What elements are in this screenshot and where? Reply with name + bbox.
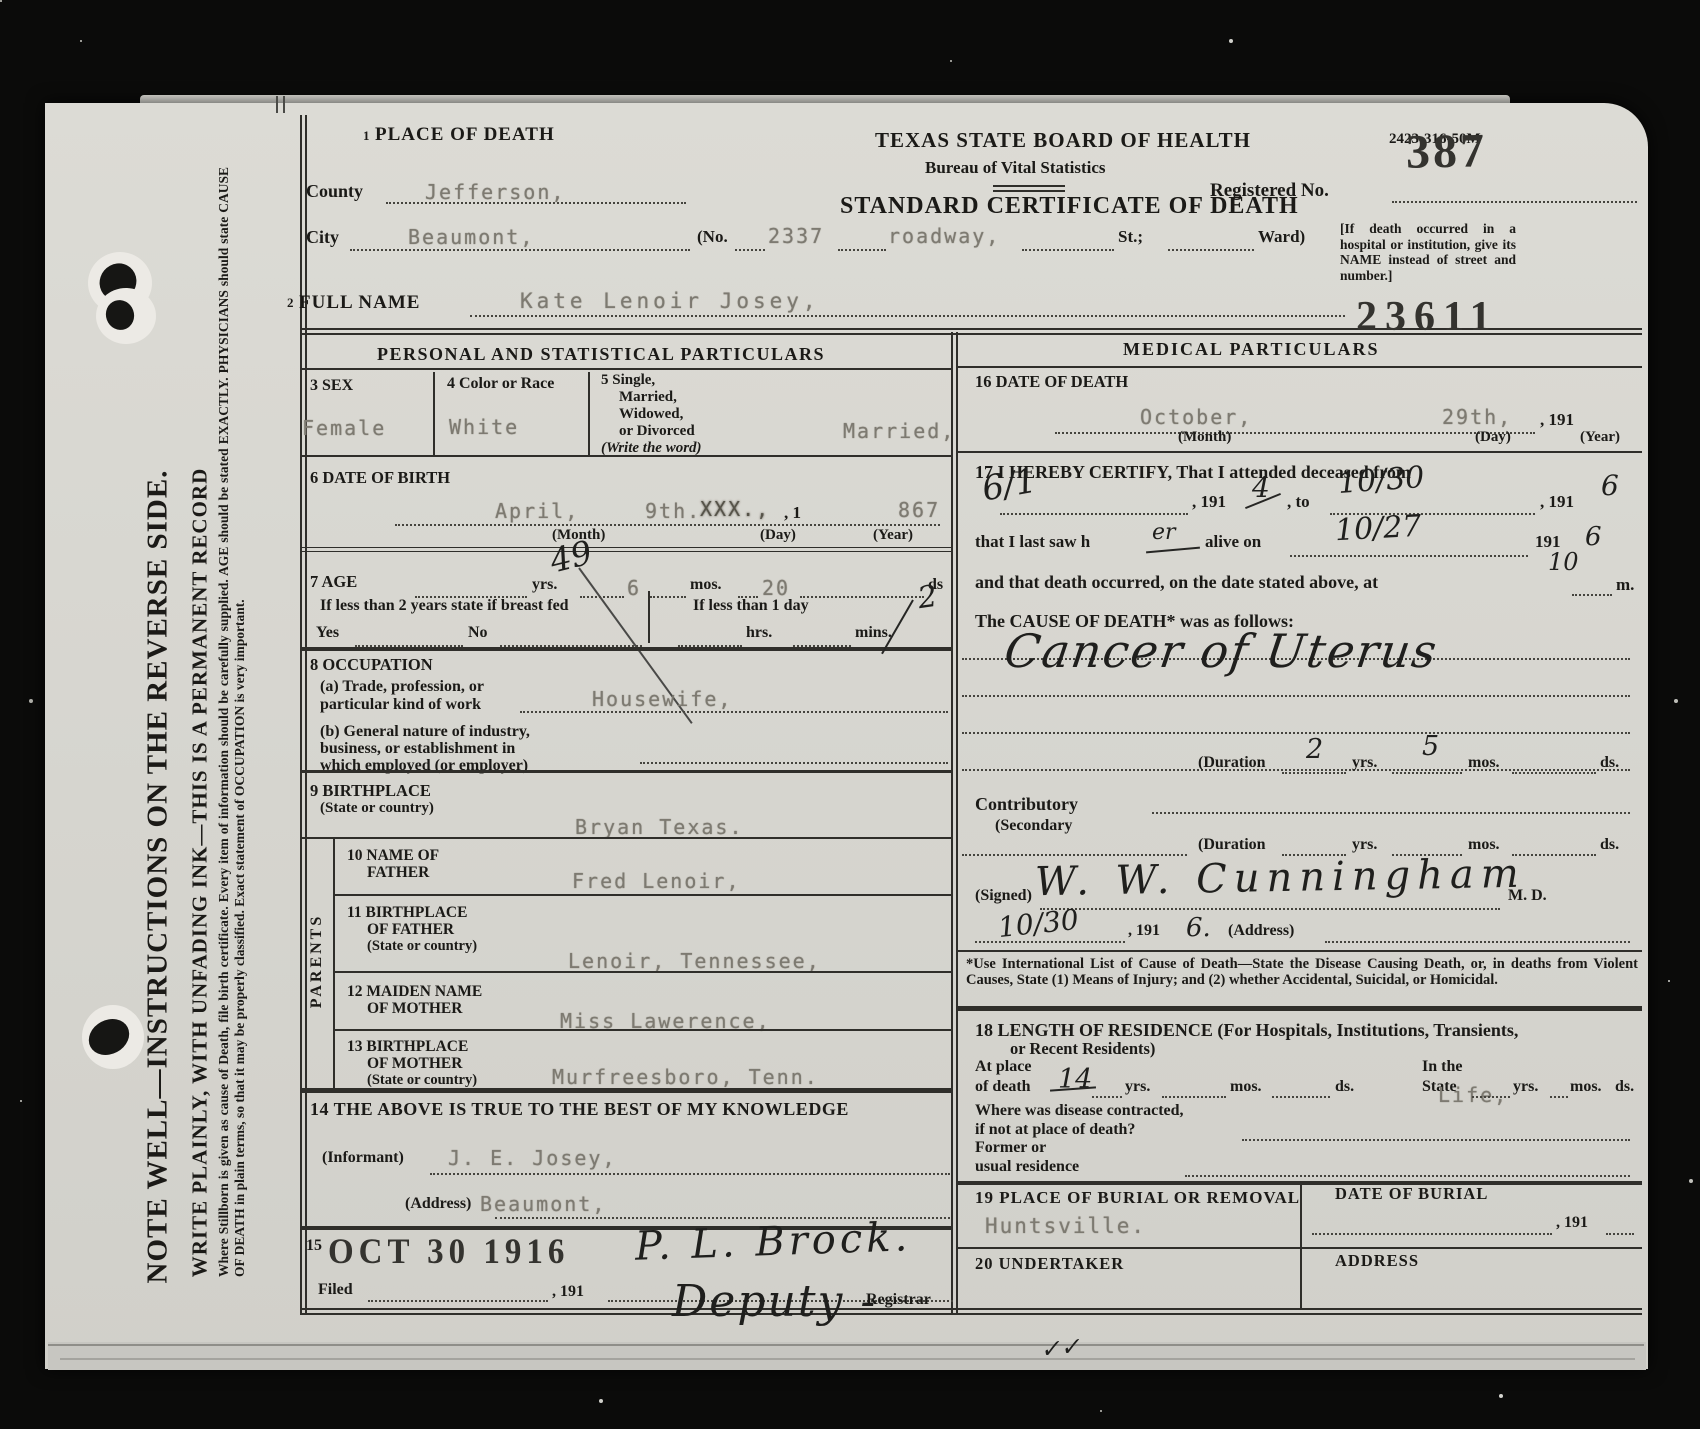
rule: [48, 1344, 1644, 1346]
father-name-label-2: FATHER: [367, 865, 429, 881]
rule: [300, 1088, 953, 1093]
dotted-line: [1325, 941, 1630, 943]
month-sublabel: (Month): [1178, 430, 1231, 445]
age-label: 7 AGE: [310, 574, 357, 591]
yes-label: Yes: [316, 625, 339, 641]
margin-fine-print: Where Stillborn is given as cause of Dea…: [216, 167, 268, 1277]
dotted-line: [1550, 1096, 1568, 1098]
county-value: Jefferson,: [425, 182, 565, 202]
parents-vertical-label: PARENTS: [309, 891, 325, 1031]
birth-year-value: 867: [898, 500, 940, 520]
date-of-birth-label: 6 DATE OF BIRTH: [310, 470, 450, 487]
dotted-line: [1055, 432, 1535, 434]
age-days-value: 20: [762, 578, 790, 598]
mother-maiden-label-2: OF MOTHER: [367, 1001, 462, 1017]
margin-write-plainly: WRITE PLAINLY, WITH UNFADING INK—THIS IS…: [190, 433, 211, 1313]
signed-label: (Signed): [975, 888, 1032, 904]
occupation-b-line2: business, or establishment in: [320, 741, 515, 757]
to-label: , to: [1287, 493, 1310, 510]
her-handwritten: er: [1152, 522, 1176, 544]
sex-label: 3 SEX: [310, 378, 353, 394]
dotted-line: [1392, 201, 1637, 203]
ds-label: ds.: [1600, 755, 1619, 771]
occupation-a-line1: (a) Trade, profession, or: [320, 679, 484, 695]
marital-label-1: 5 Single,: [601, 373, 655, 388]
rule: [335, 894, 953, 896]
cell-divider: [588, 372, 590, 455]
last-saw-label-1: that I last saw h: [975, 533, 1090, 550]
age-months-value: 6: [627, 578, 641, 598]
undertaker-label: 20 UNDERTAKER: [975, 1256, 1124, 1273]
dotted-line: [580, 596, 624, 598]
hrs-label: hrs.: [746, 625, 772, 641]
occupation-b-line1: (b) General nature of industry,: [320, 724, 530, 740]
city-label: City: [306, 228, 339, 246]
place-of-burial-label: 19 PLACE OF BURIAL OR REMOVAL: [975, 1189, 1300, 1206]
date-of-burial-label: DATE OF BURIAL: [1335, 1186, 1488, 1203]
signed-date-handwritten: 10/30: [997, 906, 1080, 942]
dotted-line: [1152, 812, 1630, 814]
rule: [300, 1308, 1642, 1315]
mother-birthplace-label-1: 13 BIRTHPLACE: [347, 1039, 468, 1055]
signed-year-prefix: , 191: [1128, 923, 1160, 939]
duration-years-handwritten: 2: [1306, 736, 1323, 763]
full-name-label: FULL NAME: [299, 293, 420, 312]
occupation-value: Housewife,: [592, 689, 732, 709]
personal-particulars-heading: PERSONAL AND STATISTICAL PARTICULARS: [377, 345, 825, 363]
death-time-handwritten: 10: [1548, 550, 1579, 574]
duration-label: (Duration: [1198, 837, 1266, 853]
last-saw-year-handwritten: 6: [1585, 524, 1602, 550]
rule: [300, 368, 953, 370]
cell-divider: [648, 591, 650, 643]
signed-address-label: (Address): [1228, 923, 1294, 939]
dotted-line: [1392, 772, 1462, 774]
mother-birthplace-value: Murfreesboro, Tenn.: [552, 1067, 819, 1087]
signed-year-handwritten: 6.: [1186, 915, 1211, 941]
cause-of-death-handwritten: Cancer of Uterus: [1002, 628, 1441, 674]
dotted-line: [1512, 772, 1596, 774]
less-than-day-label: If less than 1 day: [693, 598, 809, 614]
yrs-label: yrs.: [1125, 1079, 1150, 1095]
at-place-label-2: of death: [975, 1079, 1031, 1095]
dotted-line: [1290, 555, 1528, 557]
dotted-line: [1472, 1096, 1510, 1098]
file-number-stamp: 23611: [1356, 296, 1499, 338]
marital-label-3: Widowed,: [619, 407, 683, 422]
rule: [335, 971, 953, 973]
dotted-line: [395, 524, 940, 526]
in-the-label: In the: [1422, 1059, 1462, 1075]
city-value: Beaumont,: [408, 227, 534, 247]
ward-label: Ward): [1258, 228, 1305, 245]
occupation-label: 8 OCCUPATION: [310, 657, 433, 674]
rule: [60, 1358, 1635, 1360]
burial-year-prefix: , 191: [1556, 1215, 1588, 1231]
father-name-label-1: 10 NAME OF: [347, 848, 439, 864]
informant-label: (Informant): [322, 1150, 404, 1166]
dotted-line: [1092, 1096, 1122, 1098]
attestation-label: 14 THE ABOVE IS TRUE TO THE BEST OF MY K…: [310, 1100, 849, 1118]
ds-label: ds.: [1600, 837, 1619, 853]
margin-note-well: NOTE WELL—INSTRUCTIONS ON THE REVERSE SI…: [144, 447, 173, 1307]
place-of-burial-value: Huntsville.: [985, 1216, 1146, 1237]
mother-maiden-value: Miss Lawerence,: [560, 1011, 771, 1031]
dotted-line: [962, 732, 1630, 734]
contributory-label: Contributory: [975, 795, 1078, 813]
dotted-line: [368, 1300, 548, 1302]
medical-particulars-heading: MEDICAL PARTICULARS: [1123, 340, 1380, 358]
marital-write-note: (Write the word): [601, 441, 702, 456]
board-title: TEXAS STATE BOARD OF HEALTH: [875, 130, 1251, 151]
registration-tick: [276, 96, 278, 113]
state-residence-value: Life,: [1438, 1085, 1508, 1105]
street-no-value: 2337: [768, 226, 824, 246]
death-year-prefix: , 191: [1540, 411, 1574, 428]
race-value: White: [449, 417, 519, 437]
registrar-signature: P. L. Brock.: [634, 1217, 911, 1267]
item-number-15: 15: [306, 1238, 322, 1254]
mother-birthplace-label-2: OF MOTHER: [367, 1056, 462, 1072]
state-or-country-sublabel: (State or country): [367, 1073, 477, 1088]
dotted-line: [1272, 1096, 1330, 1098]
year-sublabel: (Year): [1580, 430, 1620, 445]
occupation-a-line2: particular kind of work: [320, 697, 481, 713]
dotted-line: [430, 1173, 950, 1175]
paper-bottom-edge: [48, 1342, 1646, 1370]
sex-value: Female: [302, 418, 386, 438]
cell-divider: [1300, 1183, 1302, 1247]
dotted-line: [975, 941, 1125, 943]
birth-day-value: 9th.: [645, 501, 701, 521]
deputy-handwritten: Deputy -: [672, 1280, 877, 1324]
former-residence-label-1: Former or: [975, 1140, 1046, 1156]
father-birthplace-label-2: OF FATHER: [367, 922, 454, 938]
dotted-line: [1606, 1233, 1634, 1235]
attended-to-handwritten: 10/30: [1337, 463, 1425, 499]
column-divider: [951, 332, 958, 1315]
mother-maiden-label-1: 12 MAIDEN NAME: [347, 984, 482, 1000]
disease-contracted-label-2: if not at place of death?: [975, 1122, 1135, 1138]
residence-label-2: or Recent Residents): [1010, 1041, 1155, 1058]
dotted-line: [1242, 1139, 1630, 1141]
marital-label-4: or Divorced: [619, 424, 695, 439]
at-place-label-1: At place: [975, 1059, 1031, 1075]
pen-check-marks: ✓✓: [1039, 1334, 1082, 1362]
rule: [335, 1029, 953, 1031]
place-of-death-label: PLACE OF DEATH: [375, 125, 555, 144]
physician-signature: W. W. Cunningham: [1035, 854, 1526, 903]
death-day-value: 29th,: [1442, 407, 1512, 427]
father-name-value: Fred Lenoir,: [572, 871, 741, 891]
filed-label: Filed: [318, 1282, 353, 1298]
informant-address-label: (Address): [405, 1196, 471, 1212]
scan-noise: [0, 0, 2, 2]
scanned-death-certificate: NOTE WELL—INSTRUCTIONS ON THE REVERSE SI…: [0, 0, 1700, 1429]
rule: [957, 1006, 1642, 1011]
attended-year2-handwritten: 6: [1601, 472, 1619, 500]
registrar-label: Registrar: [866, 1292, 931, 1308]
marital-label-2: Married,: [619, 390, 677, 405]
secondary-label: (Secondary: [995, 818, 1072, 834]
ds-label: ds.: [1615, 1079, 1634, 1095]
yrs-label: yrs.: [1513, 1079, 1538, 1095]
day-sublabel: (Day): [1475, 430, 1511, 445]
street-no-label: (No.: [697, 228, 728, 245]
dotted-line: [1312, 1233, 1552, 1235]
disease-contracted-label-1: Where was disease contracted,: [975, 1103, 1184, 1119]
residence-label-1: 18 LENGTH OF RESIDENCE (For Hospitals, I…: [975, 1021, 1518, 1039]
informant-value: J. E. Josey,: [448, 1148, 617, 1168]
full-name-value: Kate Lenoir Josey,: [520, 291, 820, 312]
father-birthplace-label-1: 11 BIRTHPLACE: [347, 905, 467, 921]
cell-divider: [1300, 1249, 1302, 1309]
death-month-value: October,: [1140, 407, 1252, 427]
mos-label: mos.: [1468, 755, 1500, 771]
race-label: 4 Color or Race: [447, 376, 554, 392]
dotted-line: [800, 596, 924, 598]
dotted-line: [838, 249, 886, 251]
street-name-value: roadway,: [888, 226, 1000, 246]
rule: [957, 950, 1642, 952]
rule: [300, 837, 953, 839]
day-sublabel: (Day): [760, 528, 796, 543]
dotted-line: [520, 711, 948, 713]
undertaker-address-label: ADDRESS: [1335, 1253, 1419, 1270]
duration-label: (Duration: [1198, 755, 1266, 771]
cell-divider: [433, 372, 435, 455]
item-number-2: 2: [287, 296, 294, 309]
cause-margin-mark: 2: [916, 582, 939, 614]
dotted-line: [962, 854, 1187, 856]
birth-year-prefix: , 1: [784, 504, 801, 521]
registered-no-label: Registered No.: [1210, 181, 1329, 200]
mos-label: mos.: [1570, 1079, 1602, 1095]
international-list-footnote: *Use International List of Cause of Deat…: [966, 957, 1638, 988]
birth-strikeout-value: XXX.,: [700, 499, 770, 519]
dotted-line: [962, 769, 1630, 771]
rule: [300, 647, 953, 651]
informant-address-value: Beaumont,: [480, 1194, 606, 1214]
dotted-line: [1000, 513, 1188, 515]
dotted-line: [1022, 249, 1114, 251]
yrs-label: yrs.: [532, 577, 557, 593]
breast-fed-label: If less than 2 years state if breast fed: [320, 598, 569, 614]
attended-year2-prefix: , 191: [1540, 493, 1574, 510]
item-number-1: 1: [363, 129, 370, 142]
registered-number-stamp: 387: [1406, 127, 1488, 176]
mins-label: mins.: [855, 625, 892, 641]
rule: [993, 185, 1065, 192]
death-occurred-statement: and that death occurred, on the date sta…: [975, 573, 1378, 591]
dotted-line: [470, 315, 1345, 317]
county-label: County: [306, 182, 363, 200]
filed-date-stamp: OCT 30 1916: [328, 1235, 569, 1271]
attended-from-handwritten: 6/1: [979, 464, 1039, 507]
dotted-line: [640, 762, 948, 764]
meridiem-label: m.: [1616, 576, 1634, 593]
mos-label: mos.: [1230, 1079, 1262, 1095]
parents-bracket-line: [333, 839, 335, 1090]
state-or-country-sublabel: (State or country): [367, 939, 477, 954]
yrs-label: yrs.: [1352, 755, 1377, 771]
last-saw-date-handwritten: 10/27: [1334, 512, 1422, 546]
attended-year1-prefix: , 191: [1192, 493, 1226, 510]
md-label: M. D.: [1508, 888, 1547, 904]
year-sublabel: (Year): [873, 528, 913, 543]
birth-month-value: April,: [495, 501, 579, 521]
dotted-line: [650, 596, 686, 598]
birthplace-label: 9 BIRTHPLACE: [310, 783, 431, 800]
no-label: No: [468, 625, 488, 641]
former-residence-label-2: usual residence: [975, 1159, 1079, 1175]
filed-year-prefix: , 191: [552, 1284, 584, 1300]
age-years-handwritten: 49: [547, 535, 596, 577]
bureau-subtitle: Bureau of Vital Statistics: [925, 159, 1106, 176]
rule: [300, 455, 953, 457]
dotted-line: [962, 695, 1630, 697]
street-suffix-label: St.;: [1118, 228, 1143, 245]
state-or-country-sublabel: (State or country): [320, 801, 434, 816]
registration-tick: [283, 96, 285, 113]
last-saw-label-2: alive on: [1205, 533, 1261, 550]
ds-label: ds.: [1335, 1079, 1354, 1095]
yrs-label: yrs.: [1352, 837, 1377, 853]
dotted-line: [735, 249, 765, 251]
date-of-death-label: 16 DATE OF DEATH: [975, 374, 1128, 391]
hospital-note: [If death occurred in a hospital or inst…: [1340, 221, 1516, 283]
dotted-line: [1168, 249, 1254, 251]
birthplace-value: Bryan Texas.: [575, 817, 744, 837]
dotted-line: [1040, 908, 1500, 910]
rule: [957, 366, 1642, 368]
duration-months-handwritten: 5: [1422, 733, 1439, 760]
mos-label: mos.: [690, 577, 722, 593]
dotted-line: [1162, 1096, 1226, 1098]
dotted-line: [350, 249, 690, 251]
dotted-line: [1572, 594, 1612, 596]
dotted-line: [1185, 1175, 1630, 1177]
rule: [957, 451, 1642, 453]
rule: [300, 770, 953, 773]
marital-value: Married,: [843, 421, 955, 441]
father-birthplace-value: Lenoir, Tennessee,: [568, 951, 821, 971]
dotted-line: [1282, 772, 1346, 774]
certificate-paper: [45, 103, 1648, 1369]
rule: [300, 547, 953, 552]
